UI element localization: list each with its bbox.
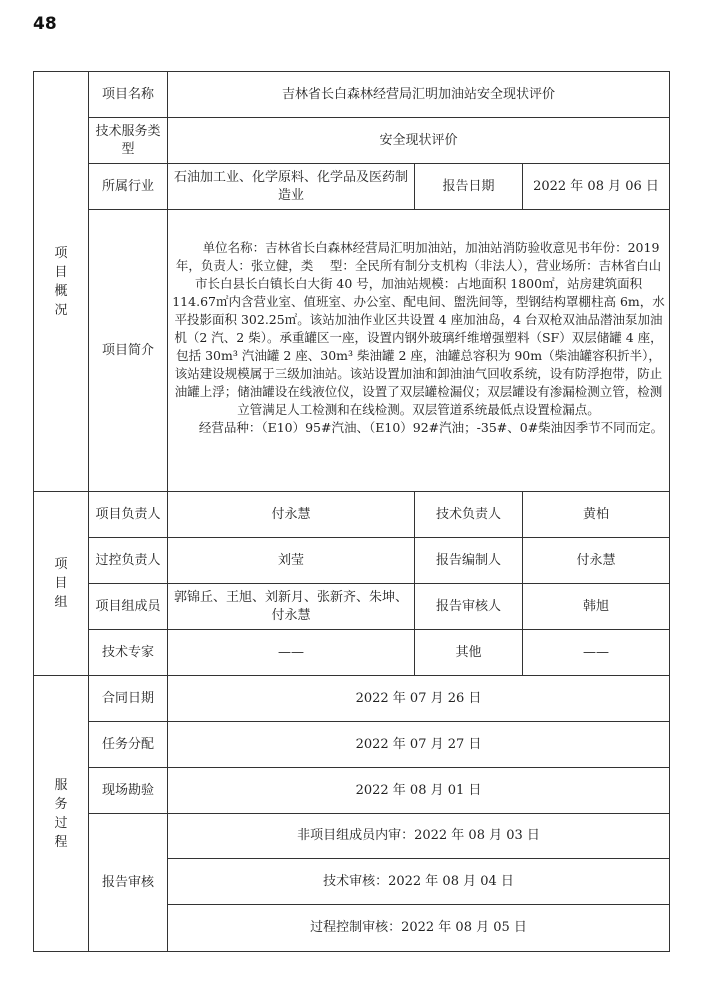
team-role-value: —— <box>523 630 670 676</box>
contract-date-value: 2022 年 07 月 26 日 <box>168 676 670 722</box>
team-role-label: 其他 <box>415 630 523 676</box>
project-name-value: 吉林省长白森林经营局汇明加油站安全现状评价 <box>168 72 670 118</box>
team-role-label: 项目组成员 <box>89 584 168 630</box>
section-team: 项目组 <box>34 492 89 676</box>
review-entry: 过程控制审核：2022 年 08 月 05 日 <box>168 905 670 952</box>
team-role-label: 技术专家 <box>89 630 168 676</box>
service-type-label: 技术服务类型 <box>89 118 168 164</box>
team-role-label: 过控负责人 <box>89 538 168 584</box>
report-date-label: 报告日期 <box>415 164 523 210</box>
section-service-label: 服务过程 <box>54 776 68 852</box>
report-date-value: 2022 年 08 月 06 日 <box>523 164 670 210</box>
review-entry: 非项目组成员内审：2022 年 08 月 03 日 <box>168 814 670 859</box>
site-survey-label: 现场勘验 <box>89 768 168 814</box>
team-role-value: —— <box>168 630 415 676</box>
team-role-label: 报告审核人 <box>415 584 523 630</box>
review-entry: 技术审核：2022 年 08 月 04 日 <box>168 859 670 905</box>
service-type-value: 安全现状评价 <box>168 118 670 164</box>
section-team-label: 项目组 <box>54 555 68 612</box>
industry-label: 所属行业 <box>89 164 168 210</box>
intro-paragraph: 单位名称：吉林省长白森林经营局汇明加油站，加油站消防验收意见书年份：2019 年… <box>172 239 665 419</box>
section-overview-label: 项目概况 <box>54 244 68 320</box>
site-survey-value: 2022 年 08 月 01 日 <box>168 768 670 814</box>
report-review-label: 报告审核 <box>89 814 168 952</box>
task-assign-label: 任务分配 <box>89 722 168 768</box>
team-role-label: 报告编制人 <box>415 538 523 584</box>
project-info-table: 项目概况 项目名称 吉林省长白森林经营局汇明加油站安全现状评价 技术服务类型 安… <box>33 71 670 952</box>
team-role-label: 项目负责人 <box>89 492 168 538</box>
team-role-value: 付永慧 <box>523 538 670 584</box>
team-role-value: 刘莹 <box>168 538 415 584</box>
section-overview: 项目概况 <box>34 72 89 492</box>
intro-text: 单位名称：吉林省长白森林经营局汇明加油站，加油站消防验收意见书年份：2019 年… <box>168 210 670 492</box>
intro-paragraph: 经营品种：（E10）95#汽油、（E10）92#汽油；-35#、0#柴油因季节不… <box>172 419 665 437</box>
contract-date-label: 合同日期 <box>89 676 168 722</box>
section-service: 服务过程 <box>34 676 89 952</box>
team-role-value: 韩旭 <box>523 584 670 630</box>
industry-value: 石油加工业、化学原料、化学品及医药制造业 <box>168 164 415 210</box>
page-number: 48 <box>33 14 57 34</box>
team-role-label: 技术负责人 <box>415 492 523 538</box>
team-role-value: 黄柏 <box>523 492 670 538</box>
team-role-value: 郭锦丘、王旭、刘新月、张新齐、朱坤、付永慧 <box>168 584 415 630</box>
team-role-value: 付永慧 <box>168 492 415 538</box>
intro-label: 项目简介 <box>89 210 168 492</box>
task-assign-value: 2022 年 07 月 27 日 <box>168 722 670 768</box>
project-name-label: 项目名称 <box>89 72 168 118</box>
